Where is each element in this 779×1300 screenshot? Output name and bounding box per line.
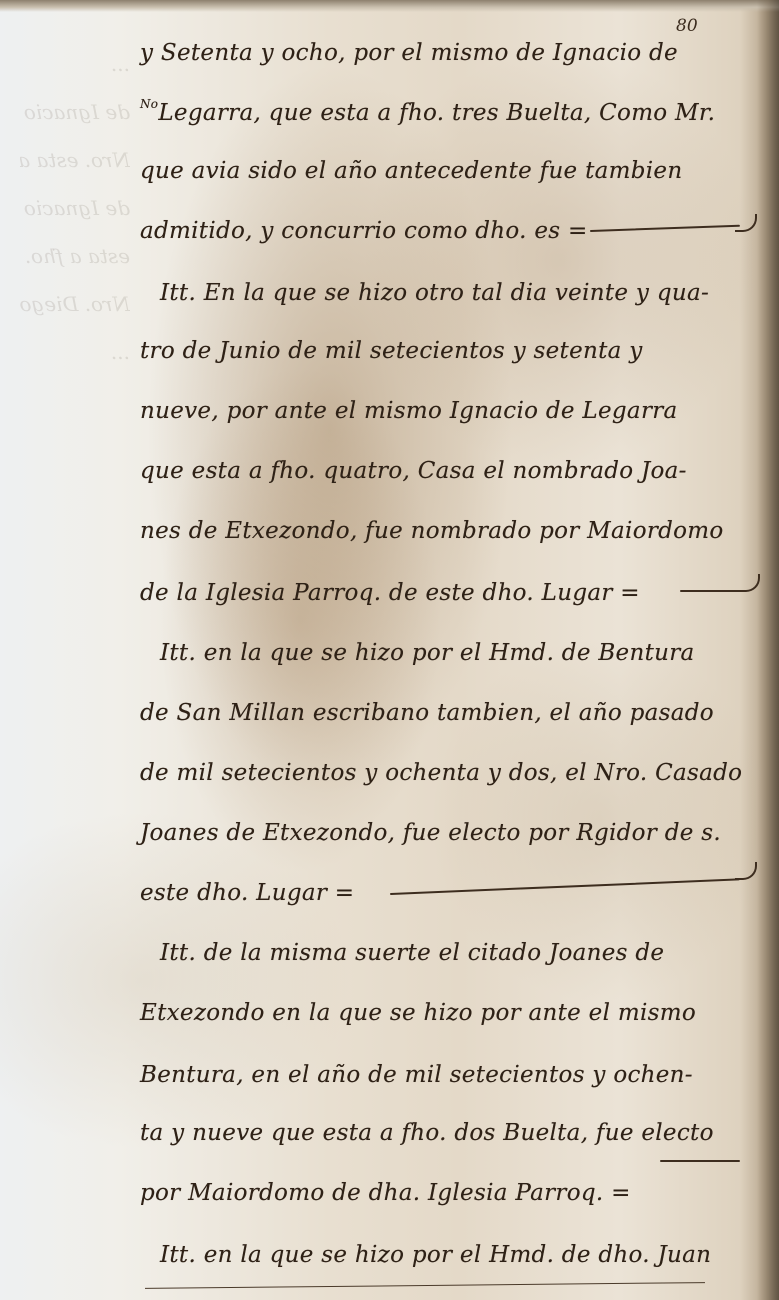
manuscript-line-text: Etxezondo en la que se hizo por ante el … [140,1000,696,1026]
manuscript-line-text: Itt. en la que se hizo por el Hmd. de Be… [160,640,695,666]
manuscript-line: por Maiordomo de dha. Iglesia Parroq. = [140,1180,765,1206]
manuscript-line: admitido, y concurrio como dho. es = [140,218,765,244]
manuscript-line-text: de San Millan escribano tambien, el año … [140,700,714,726]
manuscript-line: tro de Junio de mil setecientos y setent… [140,338,765,364]
manuscript-line-text: Itt. En la que se hizo otro tal dia vein… [160,280,709,306]
manuscript-line-text: nueve, por ante el mismo Ignacio de Lega… [140,398,678,424]
manuscript-line: nes de Etxezondo, fue nombrado por Maior… [140,518,765,544]
manuscript-line: y Setenta y ocho, por el mismo de Ignaci… [140,40,765,66]
manuscript-line-text: Itt. en la que se hizo por el Hmd. de dh… [160,1242,711,1268]
manuscript-line-text: que esta a fho. quatro, Casa el nombrado… [140,458,687,484]
line-end-flourish [680,590,745,592]
manuscript-line-text: que avia sido el año antecedente fue tam… [140,158,682,184]
manuscript-line: Itt. de la misma suerte el citado Joanes… [160,940,779,966]
manuscript-line: Etxezondo en la que se hizo por ante el … [140,1000,765,1026]
line-end-flourish [660,1160,740,1162]
manuscript-text-block: y Setenta y ocho, por el mismo de Ignaci… [0,0,779,1300]
manuscript-line-text: admitido, y concurrio como dho. es = [140,218,588,244]
manuscript-line-text: este dho. Lugar = [140,880,354,906]
manuscript-page: ... de Ignacio Nro. esta a fho. 2a de Ig… [0,0,779,1300]
superscript-annotation: No [140,97,158,111]
manuscript-line: de San Millan escribano tambien, el año … [140,700,765,726]
manuscript-line-text: nes de Etxezondo, fue nombrado por Maior… [140,518,724,544]
manuscript-line: de la Iglesia Parroq. de este dho. Lugar… [140,580,765,606]
manuscript-line-text: por Maiordomo de dha. Iglesia Parroq. = [140,1180,631,1206]
manuscript-line: Bentura, en el año de mil setecientos y … [140,1062,765,1088]
manuscript-line: Itt. en la que se hizo por el Hmd. de Be… [160,640,779,666]
manuscript-line-text: Joanes de Etxezondo, fue electo por Rgid… [140,820,721,846]
manuscript-line-text: de la Iglesia Parroq. de este dho. Lugar… [140,580,640,606]
manuscript-line-text: de mil setecientos y ochenta y dos, el N… [140,760,742,786]
manuscript-line-text: Legarra, que esta a fho. tres Buelta, Co… [158,100,715,126]
manuscript-line: NoLegarra, que esta a fho. tres Buelta, … [140,100,765,126]
manuscript-line: que esta a fho. quatro, Casa el nombrado… [140,458,765,484]
manuscript-line: nueve, por ante el mismo Ignacio de Lega… [140,398,765,424]
manuscript-line-text: Bentura, en el año de mil setecientos y … [140,1062,693,1088]
manuscript-line: Itt. En la que se hizo otro tal dia vein… [160,280,779,306]
manuscript-line-text: tro de Junio de mil setecientos y setent… [140,338,643,364]
manuscript-line: Joanes de Etxezondo, fue electo por Rgid… [140,820,765,846]
manuscript-line: ta y nueve que esta a fho. dos Buelta, f… [140,1120,765,1146]
manuscript-line-text: ta y nueve que esta a fho. dos Buelta, f… [140,1120,714,1146]
manuscript-line: que avia sido el año antecedente fue tam… [140,158,765,184]
manuscript-line-text: Itt. de la misma suerte el citado Joanes… [160,940,664,966]
manuscript-line-text: y Setenta y ocho, por el mismo de Ignaci… [140,40,678,66]
manuscript-line: este dho. Lugar = [140,880,765,906]
manuscript-line: de mil setecientos y ochenta y dos, el N… [140,760,765,786]
manuscript-line: Itt. en la que se hizo por el Hmd. de dh… [160,1242,779,1268]
